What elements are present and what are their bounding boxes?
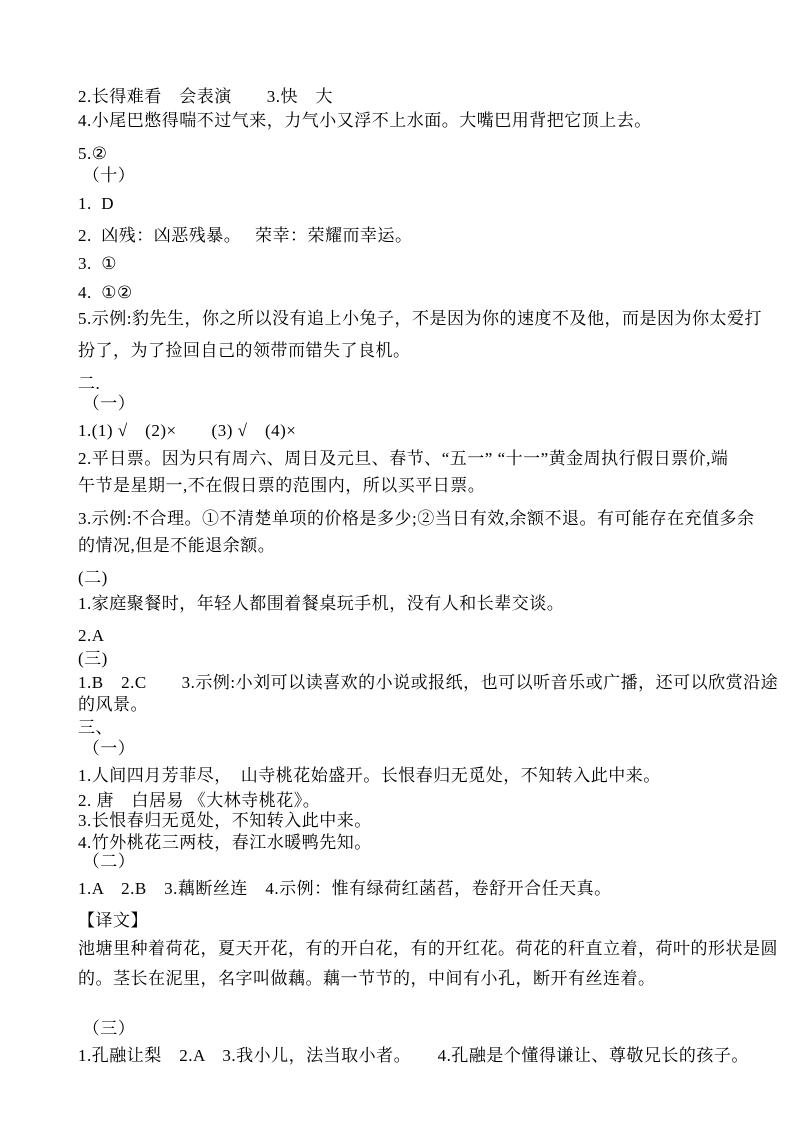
answer-line: 2.平日票。因为只有周六、周日及元旦、春节、“五一” “十一”黄金周执行假日票价… [78, 448, 728, 470]
section-heading: 二. [78, 373, 100, 395]
section-heading: （一） [78, 738, 135, 760]
answer-line: 4.小尾巴憋得喘不过气来，力气小又浮不上水面。大嘴巴用背把它顶上去。 [78, 110, 652, 132]
section-heading: （三） [78, 1018, 135, 1040]
answer-line: 的情况,但是不能退余额。 [78, 535, 275, 557]
answer-line: 1.A 2.B 3.藕断丝连 4.示例：惟有绿荷红菡萏，卷舒开合任天真。 [78, 878, 612, 900]
answer-line: 1.家庭聚餐时，年轻人都围着餐桌玩手机，没有人和长辈交谈。 [78, 593, 564, 615]
section-heading: (三) [78, 648, 108, 670]
answer-line: 1.(1) √ (2)× (3) √ (4)× [78, 420, 296, 442]
answer-line: 3.示例:不合理。①不清楚单项的价格是多少;②当日有效,余额不退。有可能存在充值… [78, 508, 754, 530]
answer-line: 扮了，为了捡回自己的领带而错失了良机。 [78, 340, 411, 362]
answer-line: 3. ① [78, 253, 117, 275]
answer-line: 2.A [78, 625, 105, 647]
answer-line: 3.长恨春归无觅处，不知转入此中来。 [78, 810, 372, 832]
translation-text: 池塘里种着荷花，夏天开花，有的开白花，有的开红花。荷花的秆直立着，荷叶的形状是圆 [78, 938, 778, 960]
answer-line: 5.② [78, 143, 108, 165]
answer-line: 的风景。 [78, 694, 148, 716]
translation-heading: 【译文】 [78, 910, 148, 932]
section-heading: (二) [78, 567, 108, 589]
answer-line: 2.长得难看 会表演 3.快 大 [78, 86, 333, 108]
answer-line: 1.孔融让梨 2.A 3.我小儿，法当取小者。 4.孔融是个懂得谦让、尊敬兄长的… [78, 1045, 749, 1067]
answer-line: 1.B 2.C 3.示例:小刘可以读喜欢的小说或报纸，也可以听音乐或广播，还可以… [78, 672, 778, 694]
answer-line: 午节是星期一,不在假日票的范围内，所以买平日票。 [78, 475, 485, 497]
answer-line: 4. ①② [78, 282, 133, 304]
answer-line: 5.示例:豹先生，你之所以没有追上小兔子，不是因为你的速度不及他，而是因为你太爱… [78, 308, 762, 330]
section-heading: 三、 [78, 717, 113, 739]
translation-text: 的。茎长在泥里，名字叫做藕。藕一节节的，中间有小孔，断开有丝连着。 [78, 968, 656, 990]
answer-line: 2. 凶残：凶恶残暴。 荣幸：荣耀而幸运。 [78, 225, 413, 247]
answer-line: 1.人间四月芳菲尽， 山寺桃花始盛开。长恨春归无觅处，不知转入此中来。 [78, 765, 661, 787]
section-heading: （一） [78, 393, 135, 415]
answer-line: 2. 唐 白居易 《大林寺桃花》。 [78, 790, 320, 812]
document-page: 2.长得难看 会表演 3.快 大 4.小尾巴憋得喘不过气来，力气小又浮不上水面。… [0, 0, 794, 1123]
answer-line: 1. D [78, 193, 114, 215]
section-heading: （二） [78, 851, 135, 873]
section-heading: （十） [78, 165, 135, 187]
